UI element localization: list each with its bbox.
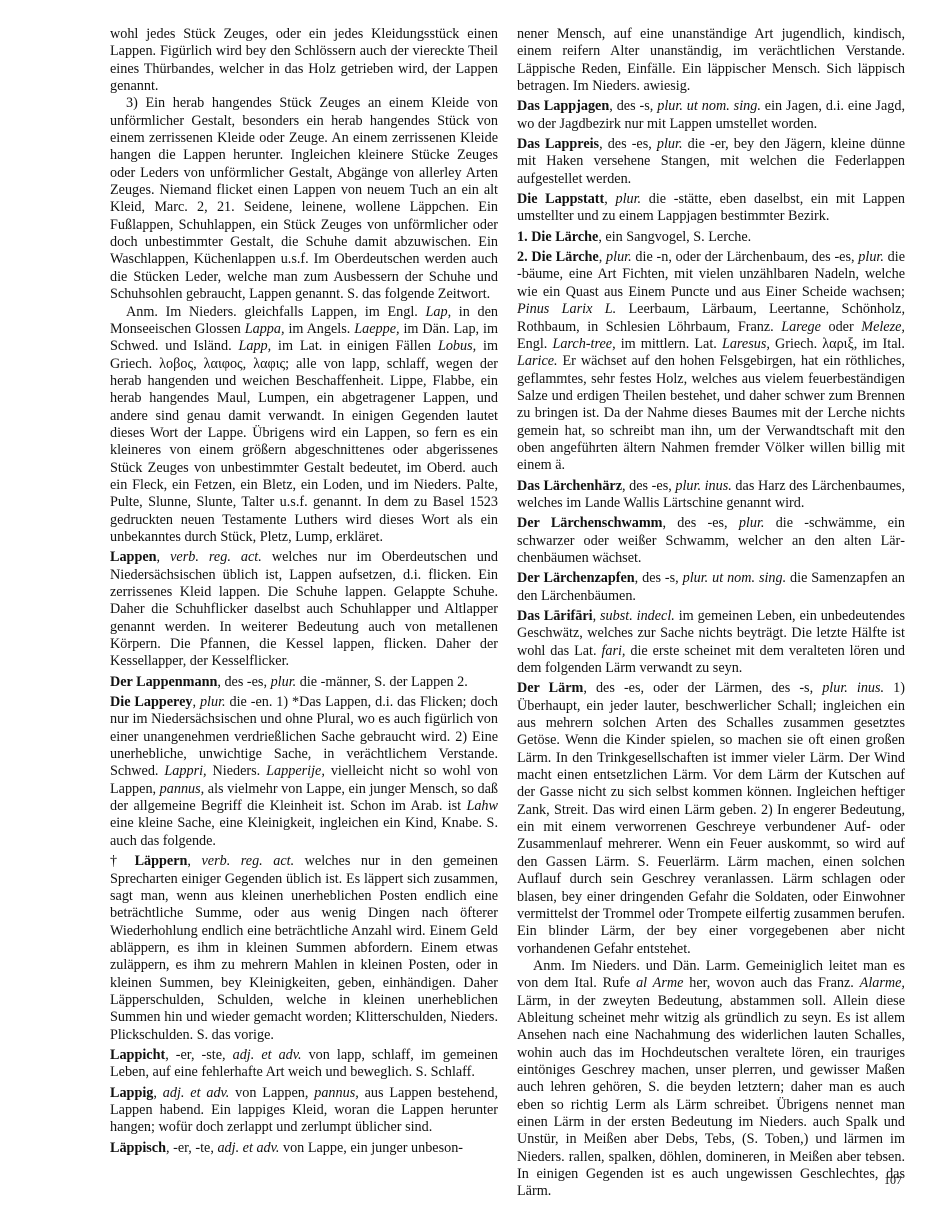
italic-text: Lappa, [245, 321, 285, 337]
body-text: Griech. λαριξ, im Ital. [770, 336, 905, 352]
body-text: Anm. Im Nieders. gleichfalls Lappen, im … [126, 304, 426, 320]
italic-text: fari, [601, 643, 625, 659]
dictionary-entry: Lappicht, -er, -ste, adj. et adv. von la… [110, 1047, 498, 1082]
dictionary-entry: Der Lärchenzapfen, des -s, plur. ut nom.… [517, 570, 905, 605]
body-text: die -männer, S. der Lappen 2. [296, 674, 468, 690]
dictionary-entry: Lappen, verb. reg. act. welches nur im O… [110, 549, 498, 670]
dictionary-entry: Der Lappenmann, des -es, plur. die -männ… [110, 674, 498, 691]
dictionary-entry: Das Lappjagen, des -s, plur. ut nom. sin… [517, 98, 905, 133]
italic-text: plur. [271, 674, 297, 690]
italic-text: Alarme, [860, 975, 905, 991]
body-text: , -er, -te, [166, 1140, 217, 1156]
italic-text: Larch-tree, [552, 336, 615, 352]
italic-text: verb. reg. act. [170, 549, 262, 565]
body-text: , des -s, [635, 570, 683, 586]
body-text: , [593, 608, 600, 624]
body-text: , [599, 249, 606, 265]
body-text: welches nur im Oberdeutschen und Nieders… [110, 549, 498, 669]
headword: 2. Die Lärche [517, 249, 599, 265]
italic-text: pannus, [314, 1085, 359, 1101]
body-text: , des -es, [622, 478, 675, 494]
italic-text: Lahw [466, 798, 498, 814]
body-text: von Lappen, [229, 1085, 314, 1101]
body-text: Er wächset auf den hohen Fels­gebirgen, … [517, 353, 905, 473]
italic-text: La­rege [781, 319, 821, 335]
body-text: , [153, 1085, 162, 1101]
body-text: , [192, 694, 199, 710]
page-number: 107 [884, 1173, 902, 1188]
body-text: Lärm, in der zweyten Bedeutung, abstamme… [517, 993, 905, 1200]
left-column: wohl jedes Stück Zeuges, oder ein jedes … [110, 26, 498, 1157]
italic-text: plur. [739, 515, 765, 531]
dictionary-entry: 2. Die Lärche, plur. die -n, oder der Lä… [517, 249, 905, 474]
body-text: im mittlern. Lat. [616, 336, 722, 352]
body-text: , des -es, oder der Lärmen, des -s, [583, 680, 822, 696]
headword: Die Lappstatt [517, 191, 604, 207]
headword: Der Lärm [517, 680, 583, 696]
body-text: , ein Sangvogel, S. Lerche. [598, 229, 751, 245]
headword: Lappen [110, 549, 157, 565]
dictionary-entry: Das Lärchenhärz, des -es, plur. inus. da… [517, 478, 905, 513]
body-text: , des -es, [663, 515, 739, 531]
body-text: von Lappe, ein junger unbeson- [279, 1140, 463, 1156]
italic-text: plur. inus. [822, 680, 884, 696]
body-text: wohl jedes Stück Zeuges, oder ein jedes … [110, 26, 498, 94]
italic-text: verb. reg. act. [202, 853, 295, 869]
italic-text: plur. ut nom. sing. [683, 570, 787, 586]
body-text: Nieders. [207, 763, 267, 779]
paragraph: Anm. Im Nieders. und Dän. Larm. Gemeinig… [517, 958, 905, 1201]
dictionary-entry: Lappig, adj. et adv. von Lappen, pannus,… [110, 1085, 498, 1137]
italic-text: plur. ut nom. sing. [657, 98, 761, 114]
italic-text: Lap, [426, 304, 452, 320]
italic-text: adj. et adv. [233, 1047, 302, 1063]
italic-text: subst. indecl. [600, 608, 675, 624]
headword: Lappig [110, 1085, 153, 1101]
body-text: , des -es, [599, 136, 657, 152]
headword: 1. Die Lärche [517, 229, 598, 245]
body-text: † [110, 853, 135, 869]
dictionary-entry: Der Lärchenschwamm, des -es, plur. die -… [517, 515, 905, 567]
dictionary-entry: Das Lārifāri, subst. indecl. im gemeinen… [517, 608, 905, 677]
italic-text: plur. [615, 191, 641, 207]
body-text: her, wovon auch das Franz. [683, 975, 859, 991]
body-text: , [604, 191, 615, 207]
italic-text: pannus, [160, 781, 205, 797]
headword: Das Lārifāri [517, 608, 593, 624]
dictionary-entry: Die Lappstatt, plur. die -stätte, eben d… [517, 191, 905, 226]
body-text: , des -es, [217, 674, 270, 690]
italic-text: Larice. [517, 353, 558, 369]
right-column: nener Mensch, auf eine unanständige Art … [517, 26, 905, 1201]
headword: Das Lappreis [517, 136, 599, 152]
italic-text: plur. [858, 249, 884, 265]
italic-text: Lapp, [238, 338, 271, 354]
body-text: 3) Ein herab hangendes Stück Zeuges an e… [110, 95, 498, 302]
italic-text: al Arme [636, 975, 683, 991]
body-text: welches nur in den gemeinen Sprecharten … [110, 853, 498, 1042]
italic-text: Lappri, [164, 763, 206, 779]
headword: Der Lappenmann [110, 674, 217, 690]
italic-text: Laeppe, [354, 321, 399, 337]
paragraph: 3) Ein herab hangendes Stück Zeuges an e… [110, 95, 498, 303]
headword: Der Lärchenschwamm [517, 515, 663, 531]
headword: Die Lapperey [110, 694, 192, 710]
italic-text: adj. et adv. [217, 1140, 279, 1156]
headword: Der Lärchenzapfen [517, 570, 635, 586]
body-text: , -er, -ste, [165, 1047, 232, 1063]
headword: Das Lappjagen [517, 98, 609, 114]
body-text: die -n, oder der Lärchenbaum, des -es, [632, 249, 859, 265]
body-text: eine kleine Sache, eine Kleinigkeit, ing… [110, 815, 498, 848]
headword: Läppisch [110, 1140, 166, 1156]
dictionary-entry: Läppisch, -er, -te, adj. et adv. von Lap… [110, 1140, 498, 1157]
body-text: im Griech. λοβος, λαιφος, λαφις; alle vo… [110, 338, 498, 545]
headword: Lappicht [110, 1047, 165, 1063]
body-text: Engl. [517, 336, 552, 352]
body-text: im Angels. [285, 321, 355, 337]
italic-text: plur. [606, 249, 632, 265]
body-text: , [157, 549, 171, 565]
italic-text: Lobus, [438, 338, 476, 354]
dictionary-entry: 1. Die Lärche, ein Sangvogel, S. Lerche. [517, 229, 905, 246]
italic-text: Pinus Larix L. [517, 301, 616, 317]
body-text: im Lat. in einigen Fällen [271, 338, 438, 354]
italic-text: adj. et adv. [163, 1085, 230, 1101]
paragraph: wohl jedes Stück Zeuges, oder ein jedes … [110, 26, 498, 95]
dictionary-entry: Der Lärm, des -es, oder der Lärmen, des … [517, 680, 905, 958]
italic-text: Lapperije, [266, 763, 325, 779]
body-text: , des -s, [609, 98, 657, 114]
headword: Läppern [135, 853, 188, 869]
body-text: , [187, 853, 201, 869]
italic-text: plur. inus. [675, 478, 731, 494]
body-text: 1) Überhaupt, ein jeder lauter, beschwer… [517, 680, 905, 956]
dictionary-entry: Die Lapperey, plur. die -en. 1) *Das Lap… [110, 694, 498, 850]
italic-text: Laresus, [722, 336, 770, 352]
headword: Das Lärchenhärz [517, 478, 622, 494]
dictionary-entry: Das Lappreis, des -es, plur. die -er, be… [517, 136, 905, 188]
dictionary-entry: † Läppern, verb. reg. act. welches nur i… [110, 853, 498, 1044]
italic-text: plur. [200, 694, 226, 710]
body-text: oder [821, 319, 861, 335]
paragraph: nener Mensch, auf eine unanständige Art … [517, 26, 905, 95]
body-text: nener Mensch, auf eine unanständige Art … [517, 26, 905, 94]
italic-text: plur. [657, 136, 683, 152]
italic-text: Meleze, [861, 319, 905, 335]
paragraph: Anm. Im Nieders. gleichfalls Lappen, im … [110, 304, 498, 547]
